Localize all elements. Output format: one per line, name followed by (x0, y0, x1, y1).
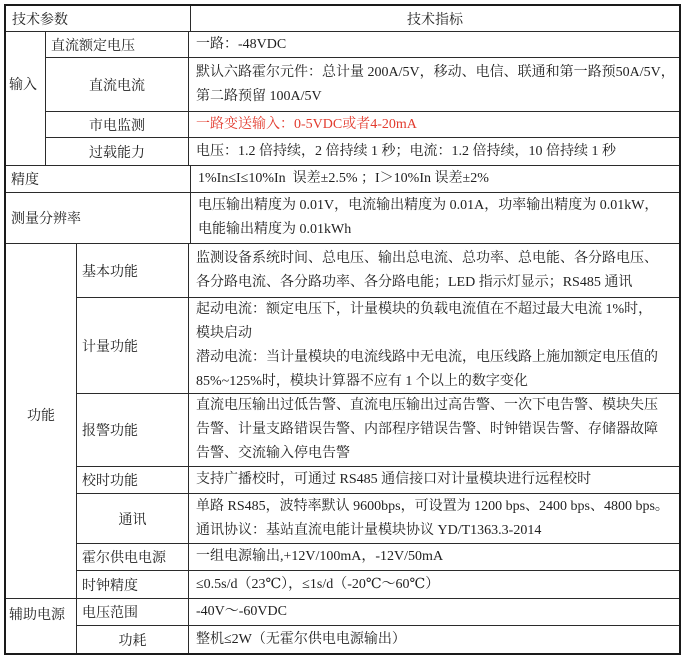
row-overload-capacity: 过载能力 电压：1.2 倍持续，2 倍持续 1 秒；电流：1.2 倍持续，10 … (46, 138, 679, 165)
time-sync-function-value: 支持广播校时，可通过 RS485 通信接口对计量模块进行远程校时 (189, 467, 679, 493)
overload-capacity-value: 电压：1.2 倍持续，2 倍持续 1 秒；电流：1.2 倍持续，10 倍持续 1… (189, 138, 679, 165)
accuracy-label: 精度 (6, 166, 191, 192)
header-tech-params: 技术参数 (6, 6, 191, 31)
row-voltage-range: 电压范围 -40V～-60VDC (77, 599, 679, 626)
row-power-consumption: 功耗 整机≤2W（无霍尔供电电源输出） (77, 626, 679, 653)
row-metering-function: 计量功能 起动电流：额定电压下，计量模块的负载电流值在不超过最大电流 1%时， … (77, 298, 679, 394)
mains-monitoring-value: 一路变送输入：0-5VDC或者4-20mA (189, 112, 679, 137)
voltage-range-label: 电压范围 (77, 599, 189, 625)
resolution-label: 测量分辨率 (6, 193, 191, 243)
basic-function-value: 监测设备系统时间、总电压、输出总电流、总功率、总电能、各分路电压、 各分路电流、… (189, 244, 679, 297)
row-accuracy: 精度 1%In≤I≤10%In 误差±2.5% ；I＞10%In 误差±2% (6, 166, 679, 193)
dc-rated-voltage-label: 直流额定电压 (46, 32, 189, 57)
spec-table: 技术参数 技术指标 输入 直流额定电压 一路：-48VDC 直流电流 默认六路霍… (4, 4, 681, 655)
time-sync-function-label: 校时功能 (77, 467, 189, 493)
table-header-row: 技术参数 技术指标 (6, 6, 679, 32)
power-consumption-label: 功耗 (77, 626, 189, 653)
clock-accuracy-label: 时钟精度 (77, 571, 189, 598)
overload-capacity-label: 过载能力 (46, 138, 189, 165)
row-dc-rated-voltage: 直流额定电压 一路：-48VDC (46, 32, 679, 58)
row-alarm-function: 报警功能 直流电压输出过低告警、直流电压输出过高告警、一次下电告警、模块失压 告… (77, 394, 679, 467)
dc-current-label: 直流电流 (46, 58, 189, 111)
dc-current-value: 默认六路霍尔元件：总计量 200A/5V，移动、电信、联通和第一路预50A/5V… (189, 58, 679, 111)
hall-power-supply-value: 一组电源输出,+12V/100mA，-12V/50mA (189, 544, 679, 570)
row-mains-monitoring: 市电监测 一路变送输入：0-5VDC或者4-20mA (46, 112, 679, 138)
communication-label: 通讯 (77, 494, 189, 543)
basic-function-label: 基本功能 (77, 244, 189, 297)
header-tech-indicators: 技术指标 (191, 6, 679, 31)
hall-power-supply-label: 霍尔供电电源 (77, 544, 189, 570)
section-function: 功能 基本功能 监测设备系统时间、总电压、输出总电流、总功率、总电能、各分路电压… (6, 244, 679, 599)
row-basic-function: 基本功能 监测设备系统时间、总电压、输出总电流、总功率、总电能、各分路电压、 各… (77, 244, 679, 298)
row-clock-accuracy: 时钟精度 ≤0.5s/d（23℃），≤1s/d（-20℃～60℃） (77, 571, 679, 598)
resolution-value: 电压输出精度为 0.01V，电流输出精度为 0.01A，功率输出精度为 0.01… (191, 193, 679, 243)
section-input: 输入 直流额定电压 一路：-48VDC 直流电流 默认六路霍尔元件：总计量 20… (6, 32, 679, 166)
row-hall-power-supply: 霍尔供电电源 一组电源输出,+12V/100mA，-12V/50mA (77, 544, 679, 571)
row-resolution: 测量分辨率 电压输出精度为 0.01V，电流输出精度为 0.01A，功率输出精度… (6, 193, 679, 244)
group-label-function: 功能 (6, 244, 77, 598)
clock-accuracy-value: ≤0.5s/d（23℃），≤1s/d（-20℃～60℃） (189, 571, 679, 598)
mains-monitoring-label: 市电监测 (46, 112, 189, 137)
alarm-function-label: 报警功能 (77, 394, 189, 466)
row-dc-current: 直流电流 默认六路霍尔元件：总计量 200A/5V，移动、电信、联通和第一路预5… (46, 58, 679, 112)
power-consumption-value: 整机≤2W（无霍尔供电电源输出） (189, 626, 679, 653)
communication-value: 单路 RS485，波特率默认 9600bps，可设置为 1200 bps、240… (189, 494, 679, 543)
voltage-range-value: -40V～-60VDC (189, 599, 679, 625)
section-aux-power: 辅助电源 电压范围 -40V～-60VDC 功耗 整机≤2W（无霍尔供电电源输出… (6, 599, 679, 653)
metering-function-label: 计量功能 (77, 298, 189, 393)
dc-rated-voltage-value: 一路：-48VDC (189, 32, 679, 57)
group-label-aux-power: 辅助电源 (6, 599, 77, 653)
accuracy-value: 1%In≤I≤10%In 误差±2.5% ；I＞10%In 误差±2% (191, 166, 679, 192)
alarm-function-value: 直流电压输出过低告警、直流电压输出过高告警、一次下电告警、模块失压 告警、计量支… (189, 394, 679, 466)
metering-function-value: 起动电流：额定电压下，计量模块的负载电流值在不超过最大电流 1%时， 模块启动 … (189, 298, 679, 393)
row-communication: 通讯 单路 RS485，波特率默认 9600bps，可设置为 1200 bps、… (77, 494, 679, 544)
group-label-input: 输入 (6, 32, 46, 165)
row-time-sync-function: 校时功能 支持广播校时，可通过 RS485 通信接口对计量模块进行远程校时 (77, 467, 679, 494)
